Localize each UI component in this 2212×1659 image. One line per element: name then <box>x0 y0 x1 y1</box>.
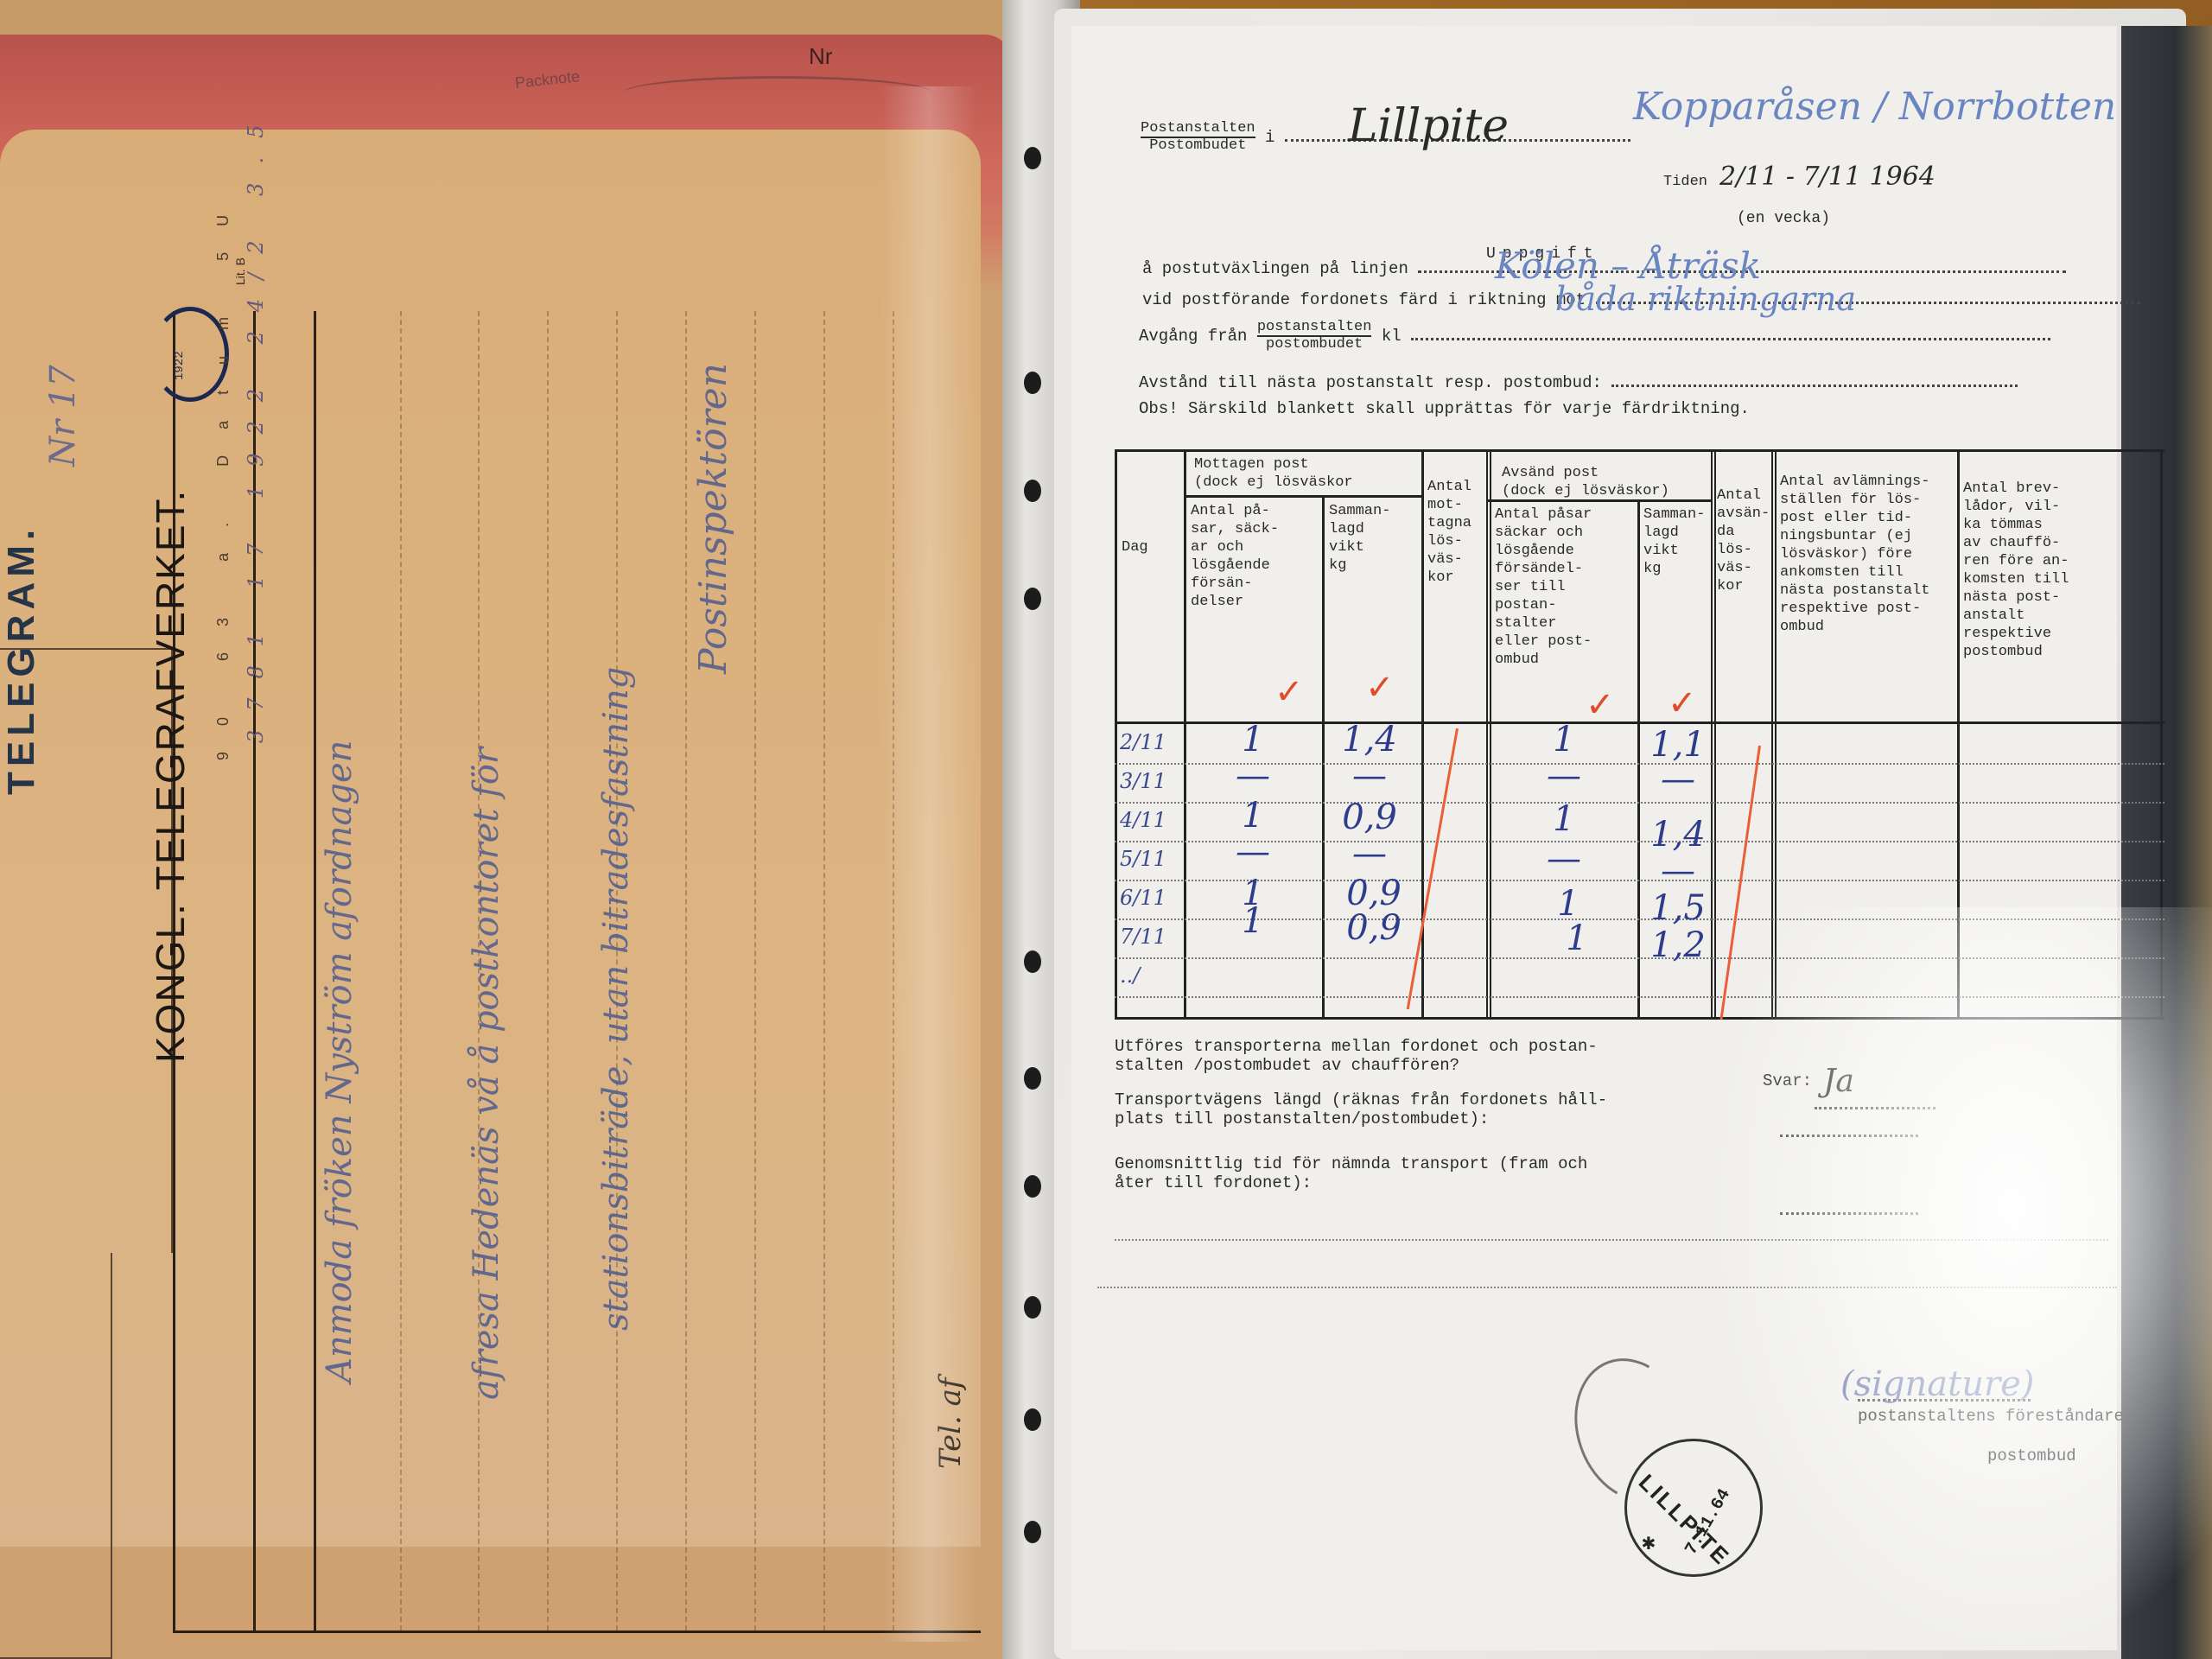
distance-line: Avstånd till nästa postanstalt resp. pos… <box>1139 373 2018 392</box>
grid-line <box>547 311 549 1630</box>
group-underline <box>1184 495 1421 498</box>
station-value: Lillpite <box>1348 102 1509 150</box>
ring-hole <box>1024 480 1041 502</box>
question-1: Utföres transporterna mellan fordonet oc… <box>1115 1037 1598 1075</box>
signature-label-alt: postombud <box>1987 1446 2076 1465</box>
telegram-message-line: stationsbiträde, utan bitradesfastning <box>596 667 636 1331</box>
table-divider <box>1637 499 1640 1017</box>
telegram-issuer: KONGL. TELEGRAFVERKET. <box>147 489 194 1063</box>
direction-value: båda riktningarna <box>1555 281 1856 317</box>
ring-hole <box>1024 588 1041 610</box>
sleeve-reflection <box>881 86 976 1642</box>
period-note: (en vecka) <box>1737 209 1830 228</box>
col-header-sent-count: Antal påsar säckar och lösgående försänd… <box>1495 505 1592 669</box>
table-border <box>2160 452 2163 1017</box>
ring-hole <box>1024 372 1041 394</box>
telegram-grid <box>173 311 981 1633</box>
telegram-stub <box>0 1253 112 1659</box>
table-divider <box>1957 452 1960 1017</box>
ring-hole <box>1024 147 1041 169</box>
group-header-received: Mottagen post (dock ej lösväskor <box>1194 455 1353 492</box>
table-divider <box>1486 452 1491 1017</box>
answer-1-label: Svar: <box>1763 1071 1812 1090</box>
table-divider <box>1771 452 1777 1017</box>
col-header-recv-count: Antal på- sar, säck- ar och lösgående fö… <box>1191 502 1279 611</box>
grid-line <box>314 311 316 1630</box>
grid-line <box>400 311 402 1630</box>
checkmark-icon: ✓ <box>1274 672 1304 712</box>
telegram-signature: Postinspektören <box>691 363 735 674</box>
col-header-drop-points: Antal avlämnings- ställen för lös- post … <box>1780 473 1929 636</box>
star-icon: ✱ <box>1642 1529 1656 1556</box>
telegram-message-line: afresa Hedenäs vå å postkontoret för <box>467 747 506 1400</box>
county-value: Kopparåsen / Norrbotten <box>1633 86 2116 128</box>
telegram-title: TELEGRAM. <box>0 524 43 795</box>
table-divider <box>1322 495 1325 1017</box>
postmark-stamp <box>1624 1439 1763 1577</box>
red-pen-stroke <box>1719 746 1761 1020</box>
left-page: Packnote Nr 1922 TELEGRAM. KONGL. TELEGR… <box>0 0 1028 1659</box>
col-header-sent-weight: Samman- lagd vikt kg <box>1643 505 1705 578</box>
departure-line: Avgång från postanstalten postombudet kl <box>1139 320 2050 353</box>
col-header-recv-bags: Antal mot- tagna lös- väs- kor <box>1427 478 1471 587</box>
signature-label: postanstaltens föreståndare <box>1858 1407 2124 1426</box>
ring-hole <box>1024 1067 1041 1090</box>
grid-line <box>754 311 756 1630</box>
table-divider <box>1184 452 1186 1017</box>
checkmark-icon: ✓ <box>1668 683 1697 723</box>
telegram-header-columns: 90 63 a. Datum 5U <box>214 189 232 760</box>
ring-hole <box>1024 1521 1041 1543</box>
red-pen-stroke <box>1407 728 1459 1010</box>
ring-hole <box>1024 1296 1041 1319</box>
col-header-sent-bags: Antal avsän- da lös- väs- kor <box>1717 486 1770 595</box>
mail-log-table: Dag Mottagen post (dock ej lösväskor Ant… <box>1115 449 2164 1020</box>
telegram-margin-note: Nr 17 <box>43 365 83 467</box>
table-border <box>1115 452 1117 1017</box>
col-header-dag: Dag <box>1122 538 1148 556</box>
ring-hole <box>1024 1408 1041 1431</box>
ring-hole <box>1024 950 1041 973</box>
checkmark-icon: ✓ <box>1365 668 1395 708</box>
group-header-sent: Avsänd post (dock ej lösväskor) <box>1502 464 1669 500</box>
sleeve-nr-label: Nr <box>809 43 832 70</box>
col-header-mailboxes: Antal brev- lådor, vil- ka tömmas av cha… <box>1963 480 2069 661</box>
grid-line <box>823 311 825 1630</box>
telegram-header-values: 3781 17 1922 24/2 3.5 <box>244 106 268 743</box>
blank-line <box>1115 1227 2108 1246</box>
answer-1-value: Ja <box>1823 1065 1854 1099</box>
ring-hole <box>1024 1175 1041 1198</box>
question-2: Transportvägens längd (räknas från fordo… <box>1115 1090 1607 1128</box>
telegram-message-line: Anmoda fröken Nyström afordnagen <box>320 741 359 1382</box>
telegram-stamp-year: 1922 <box>173 351 187 380</box>
question-3: Genomsnittlig tid för nämnda transport (… <box>1115 1154 1587 1192</box>
period-value: 2/11 - 7/11 1964 <box>1719 162 1935 192</box>
period-label: Tiden <box>1663 173 1707 192</box>
blank-line <box>1097 1274 2117 1294</box>
form-note: Obs! Särskild blankett skall upprättas f… <box>1139 399 1750 418</box>
grid-line <box>685 311 687 1630</box>
col-header-recv-weight: Samman- lagd vikt kg <box>1329 502 1390 575</box>
checkmark-icon: ✓ <box>1586 685 1615 725</box>
